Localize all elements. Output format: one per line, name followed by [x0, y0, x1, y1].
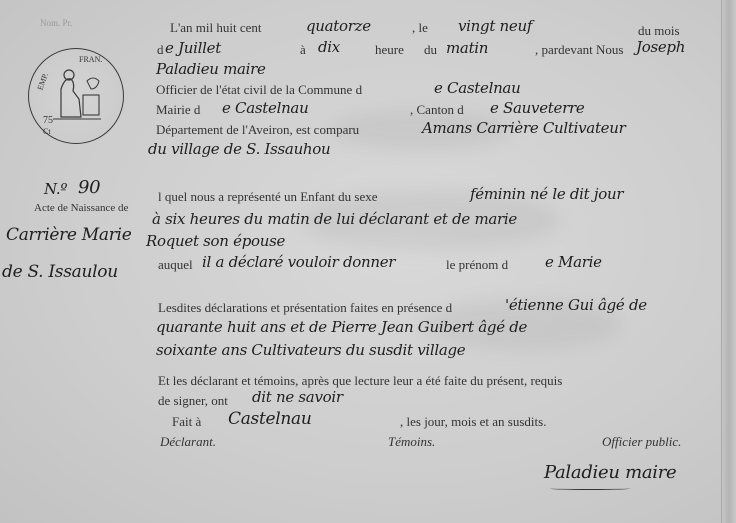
printed-text: Officier de l'état civil de la Commune d	[156, 82, 362, 98]
printed-text: l quel nous a représenté un Enfant du se…	[158, 189, 377, 205]
birth-certificate-page: Nom. Pr. FRAN. EMP. 75 Ct L'an mil huit …	[0, 0, 736, 523]
printed-text: de signer, ont	[158, 393, 228, 409]
handwritten-signature-status: dit ne savoir	[252, 388, 343, 406]
printed-text: , Canton d	[410, 102, 464, 118]
revenue-stamp: FRAN. EMP. 75 Ct	[28, 48, 124, 144]
handwritten-mairie: e Castelnau	[222, 99, 308, 117]
printed-text: heure	[375, 42, 404, 58]
handwritten-commune: e Castelnau	[434, 79, 520, 97]
handwritten-given-name: e Marie	[545, 253, 602, 271]
page-binding-edge	[721, 0, 736, 523]
handwritten-day: vingt neuf	[458, 17, 532, 35]
printed-text: L'an mil huit cent	[170, 20, 262, 36]
handwritten-declaration: il a déclaré vouloir donner	[202, 253, 395, 271]
officer-label: Officier public.	[602, 434, 681, 450]
printed-text: Et les déclarant et témoins, après que l…	[158, 373, 562, 389]
handwritten-year: quatorze	[306, 17, 371, 35]
handwritten-birth-time-parents: à six heures du matin de lui déclarant e…	[152, 210, 517, 228]
act-type-label: Acte de Naissance de	[34, 202, 128, 214]
printed-text: d	[157, 42, 164, 58]
handwritten-hour: dix	[318, 38, 340, 56]
printed-text: , les jour, mois et an susdits.	[400, 414, 546, 430]
handwritten-period: matin	[446, 39, 488, 57]
handwritten-witness-1: 'étienne Gui âgé de	[505, 296, 647, 314]
printed-text: auquel	[158, 257, 193, 273]
witnesses-label: Témoins.	[388, 434, 435, 450]
declarant-label: Déclarant.	[160, 434, 216, 450]
printed-text: du	[424, 42, 437, 58]
printed-text: Lesdites déclarations et présentation fa…	[158, 300, 452, 316]
handwritten-sex-and-birth: féminin né le dit jour	[470, 185, 623, 203]
faint-header: Nom. Pr.	[40, 18, 72, 28]
handwritten-mother: Roquet son épouse	[146, 232, 285, 250]
printed-text: du mois	[638, 23, 680, 39]
printed-text: le prénom d	[446, 257, 508, 273]
stamp-value: 75	[43, 115, 53, 126]
handwritten-month: e Juillet	[165, 39, 221, 57]
handwritten-village: du village de S. Issauhou	[148, 140, 330, 158]
handwritten-witnesses: quarante huit ans et de Pierre Jean Guib…	[156, 318, 527, 336]
handwritten-witnesses-occupation: soixante ans Cultivateurs du susdit vill…	[156, 341, 465, 359]
handwritten-declarant: Amans Carrière Cultivateur	[422, 119, 626, 137]
officer-signature: Paladieu maire	[544, 462, 676, 483]
handwritten-officer-first-name: Joseph	[636, 38, 685, 56]
printed-text: Mairie d	[156, 102, 200, 118]
printed-text: , pardevant Nous	[535, 42, 623, 58]
printed-text: , le	[412, 20, 428, 36]
act-number-label: N.º	[44, 180, 67, 198]
handwritten-canton: e Sauveterre	[490, 99, 584, 117]
handwritten-place: Castelnau	[228, 409, 312, 429]
printed-text: Département de l'Aveiron, est comparu	[156, 122, 359, 138]
handwritten-officer-name: Paladieu maire	[156, 60, 266, 78]
printed-text: à	[300, 42, 306, 58]
signature-flourish	[550, 487, 630, 490]
act-number: 90	[78, 177, 100, 198]
stamp-unit: Ct	[43, 127, 51, 136]
child-origin: de S. Issaulou	[2, 262, 118, 282]
child-name: Carrière Marie	[6, 225, 131, 245]
printed-text: Fait à	[172, 414, 201, 430]
